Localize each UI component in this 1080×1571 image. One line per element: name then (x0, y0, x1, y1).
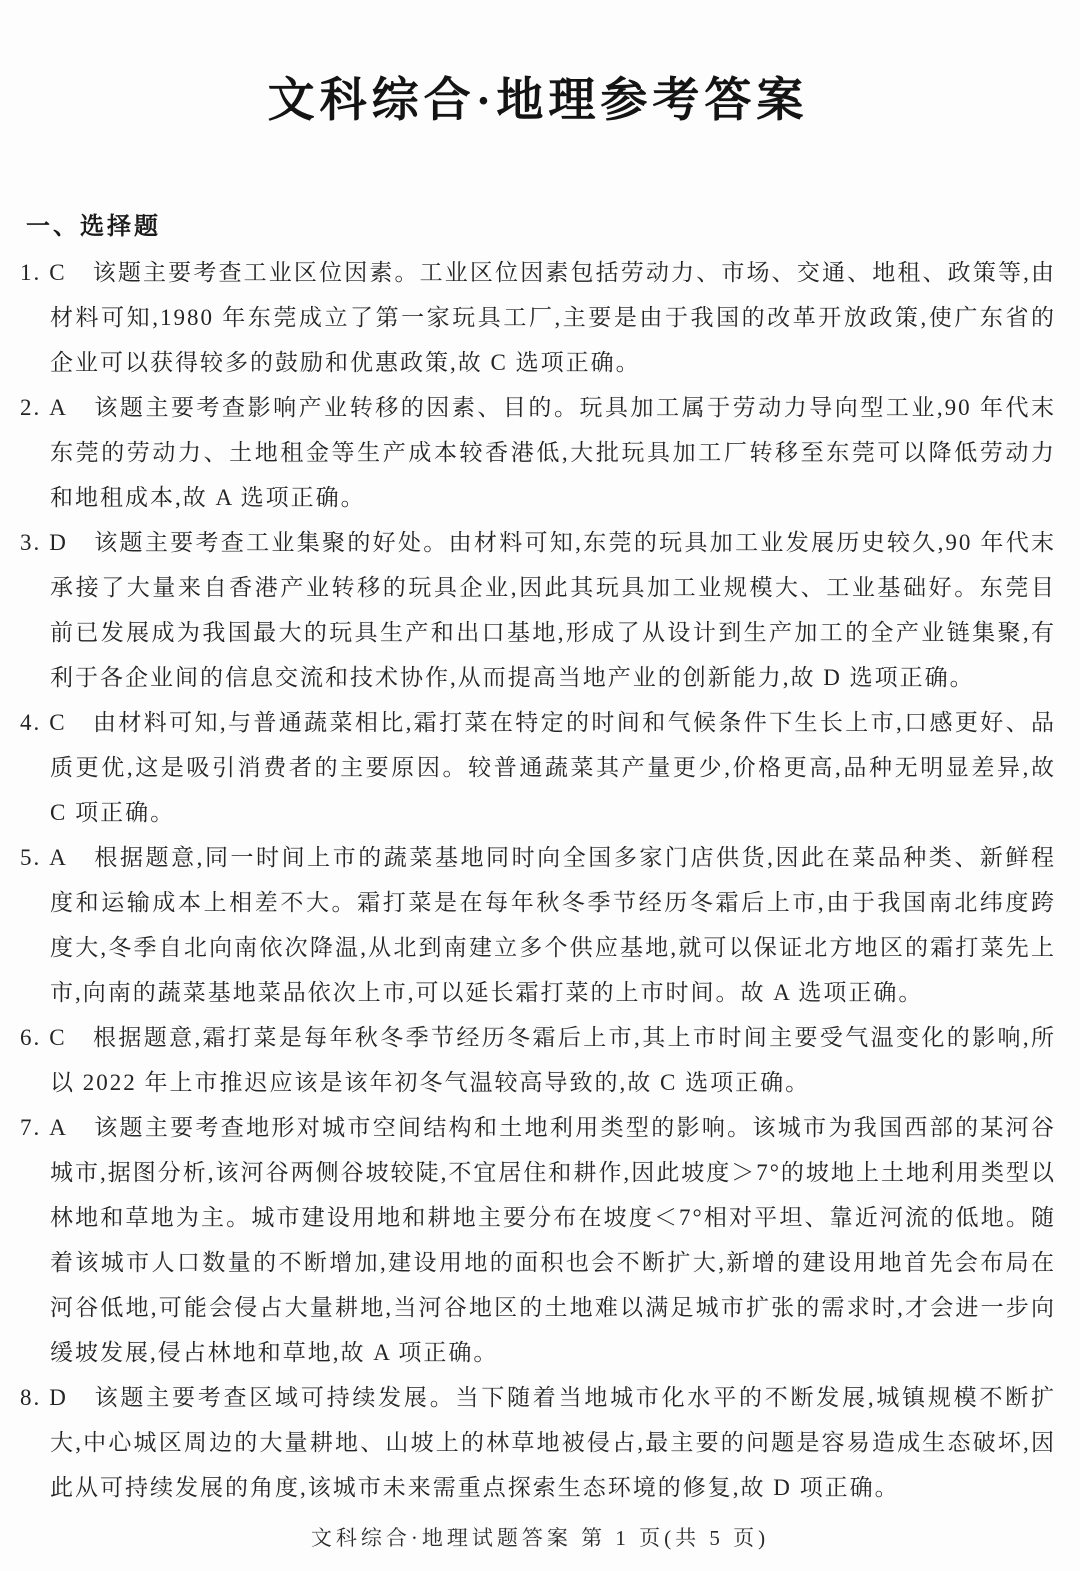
item-number: 5. (20, 845, 41, 870)
item-number: 3. (20, 530, 41, 555)
item-explanation: 该题主要考查区域可持续发展。当下随着当地城市化水平的不断发展,城镇规模不断扩大,… (50, 1385, 1056, 1500)
answer-item-8: 8.D该题主要考查区域可持续发展。当下随着当地城市化水平的不断发展,城镇规模不断… (50, 1375, 1056, 1510)
item-explanation: 该题主要考查工业区位因素。工业区位因素包括劳动力、市场、交通、地租、政策等,由材… (50, 260, 1056, 375)
answer-item-3: 3.D该题主要考查工业集聚的好处。由材料可知,东莞的玩具加工业发展历史较久,90… (50, 520, 1056, 700)
answer-item-2: 2.A该题主要考查影响产业转移的因素、目的。玩具加工属于劳动力导向型工业,90 … (50, 385, 1056, 520)
item-answer-letter: C (49, 1025, 66, 1050)
item-number: 6. (20, 1025, 41, 1050)
item-number: 2. (20, 395, 41, 420)
item-explanation: 根据题意,同一时间上市的蔬菜基地同时向全国多家门店供货,因此在菜品种类、新鲜程度… (50, 845, 1056, 1005)
page-footer: 文科综合·地理试题答案 第 1 页(共 5 页) (0, 1522, 1080, 1552)
item-explanation: 根据题意,霜打菜是每年秋冬季节经历冬霜后上市,其上市时间主要受气温变化的影响,所… (50, 1025, 1056, 1095)
item-explanation: 该题主要考查地形对城市空间结构和土地利用类型的影响。该城市为我国西部的某河谷城市… (50, 1115, 1056, 1365)
item-answer-letter: D (49, 1385, 68, 1410)
section-heading-multiple-choice: 一、选择题 (26, 213, 1056, 242)
item-number: 8. (20, 1385, 41, 1410)
answer-item-1: 1.C该题主要考查工业区位因素。工业区位因素包括劳动力、市场、交通、地租、政策等… (50, 250, 1056, 385)
item-answer-letter: C (49, 260, 66, 285)
item-answer-letter: A (49, 845, 68, 870)
item-answer-letter: D (49, 530, 68, 555)
item-number: 4. (20, 710, 41, 735)
exam-answer-page: 文科综合·地理参考答案 一、选择题 1.C该题主要考查工业区位因素。工业区位因素… (0, 0, 1080, 1571)
answer-list: 1.C该题主要考查工业区位因素。工业区位因素包括劳动力、市场、交通、地租、政策等… (20, 250, 1056, 1510)
item-number: 7. (20, 1115, 41, 1140)
item-answer-letter: C (49, 710, 66, 735)
item-explanation: 由材料可知,与普通蔬菜相比,霜打菜在特定的时间和气候条件下生长上市,口感更好、品… (50, 710, 1056, 825)
answer-item-7: 7.A该题主要考查地形对城市空间结构和土地利用类型的影响。该城市为我国西部的某河… (50, 1105, 1056, 1375)
page-title: 文科综合·地理参考答案 (20, 0, 1056, 129)
item-answer-letter: A (49, 1115, 68, 1140)
answer-item-4: 4.C由材料可知,与普通蔬菜相比,霜打菜在特定的时间和气候条件下生长上市,口感更… (50, 700, 1056, 835)
item-number: 1. (20, 260, 41, 285)
item-answer-letter: A (49, 395, 68, 420)
answer-item-5: 5.A根据题意,同一时间上市的蔬菜基地同时向全国多家门店供货,因此在菜品种类、新… (50, 835, 1056, 1015)
item-explanation: 该题主要考查工业集聚的好处。由材料可知,东莞的玩具加工业发展历史较久,90 年代… (50, 530, 1056, 690)
answer-item-6: 6.C根据题意,霜打菜是每年秋冬季节经历冬霜后上市,其上市时间主要受气温变化的影… (50, 1015, 1056, 1105)
item-explanation: 该题主要考查影响产业转移的因素、目的。玩具加工属于劳动力导向型工业,90 年代末… (50, 395, 1056, 510)
